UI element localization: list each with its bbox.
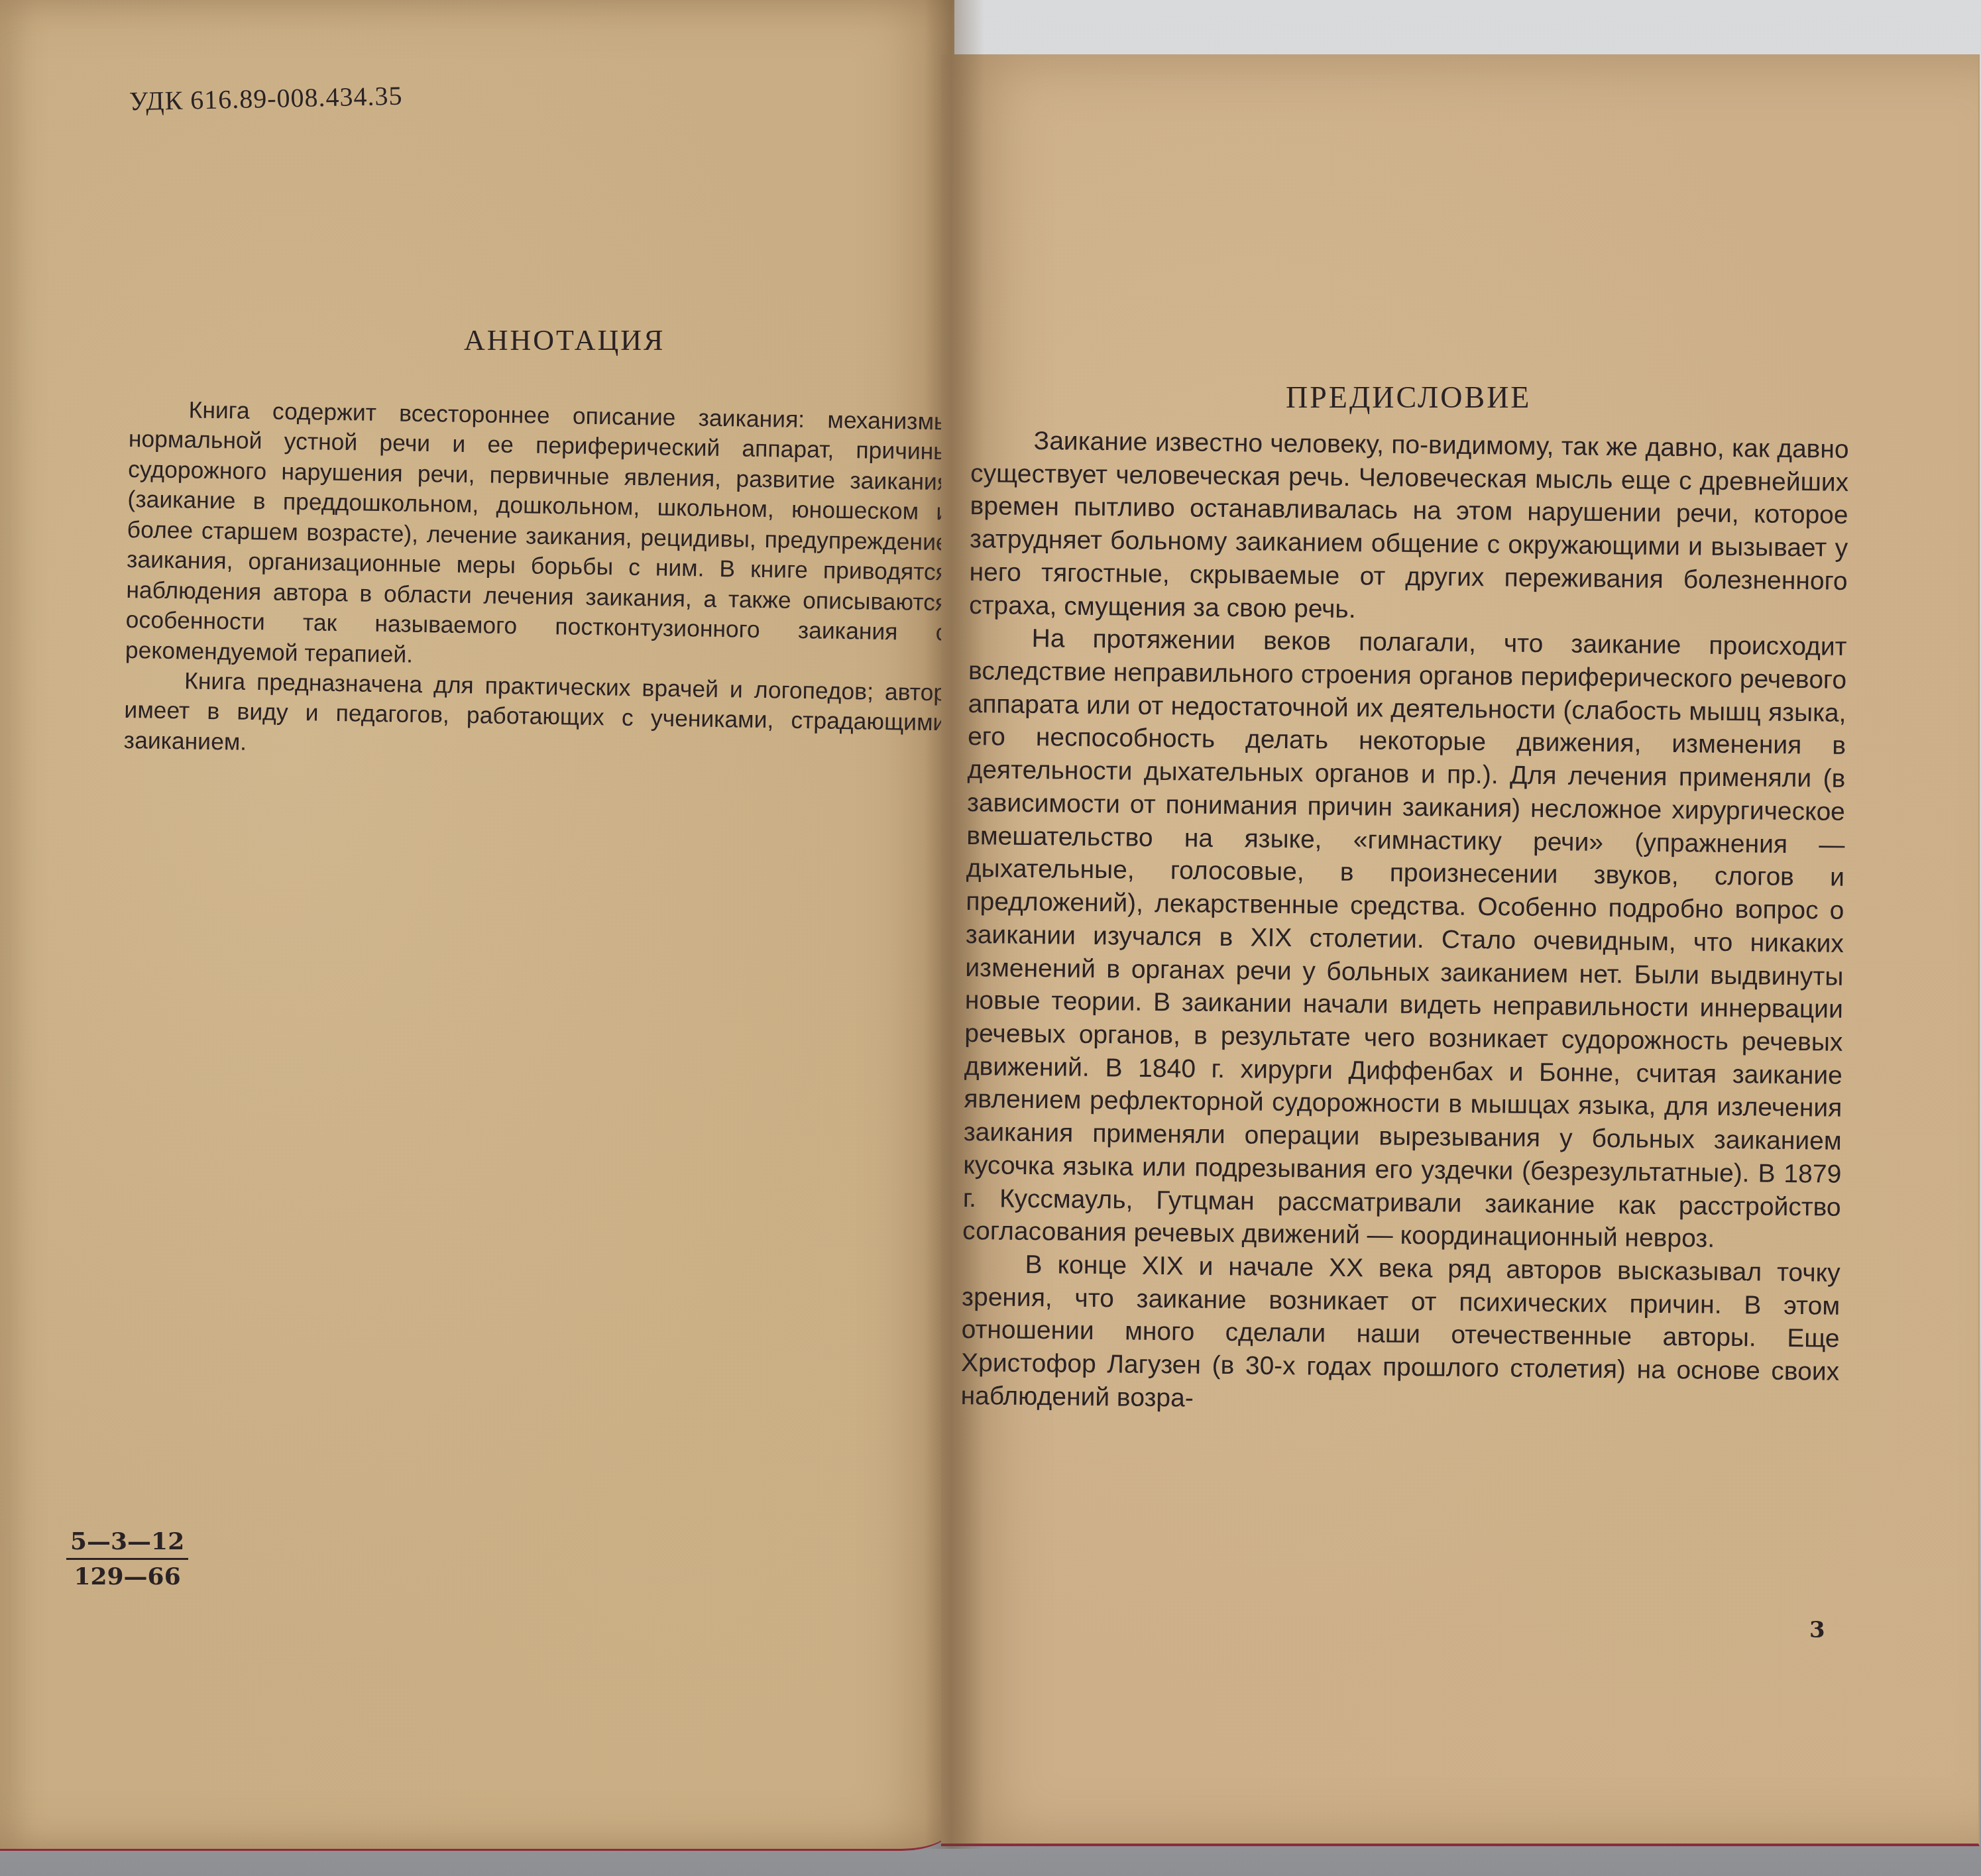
preface-paragraph: На протяжении веков полагали, что заикан… xyxy=(962,622,1847,1256)
publication-code: 5—3—12 129—66 xyxy=(66,1527,188,1590)
code-numerator: 5—3—12 xyxy=(66,1527,188,1560)
code-denominator: 129—66 xyxy=(66,1560,188,1590)
preface-paragraph: Заикание известно человеку, по-видимому,… xyxy=(969,424,1849,631)
page-number: 3 xyxy=(1809,1617,1825,1643)
left-page: УДК 616.89-008.434.35 АННОТАЦИЯ Книга со… xyxy=(0,0,954,1851)
udk-classification: УДК 616.89-008.434.35 xyxy=(129,80,403,117)
annotation-paragraph: Книга содержит всестороннее описание заи… xyxy=(125,394,951,678)
preface-paragraph: В конце XIX и начале XX века ряд авторов… xyxy=(960,1248,1840,1421)
preface-heading: ПРЕДИСЛОВИЕ xyxy=(1286,380,1531,415)
preface-body: Заикание известно человеку, по-видимому,… xyxy=(960,424,1849,1421)
annotation-heading: АННОТАЦИЯ xyxy=(464,323,665,357)
annotation-body: Книга содержит всестороннее описание заи… xyxy=(123,394,950,769)
annotation-paragraph: Книга предназначена для практических вра… xyxy=(123,665,946,769)
